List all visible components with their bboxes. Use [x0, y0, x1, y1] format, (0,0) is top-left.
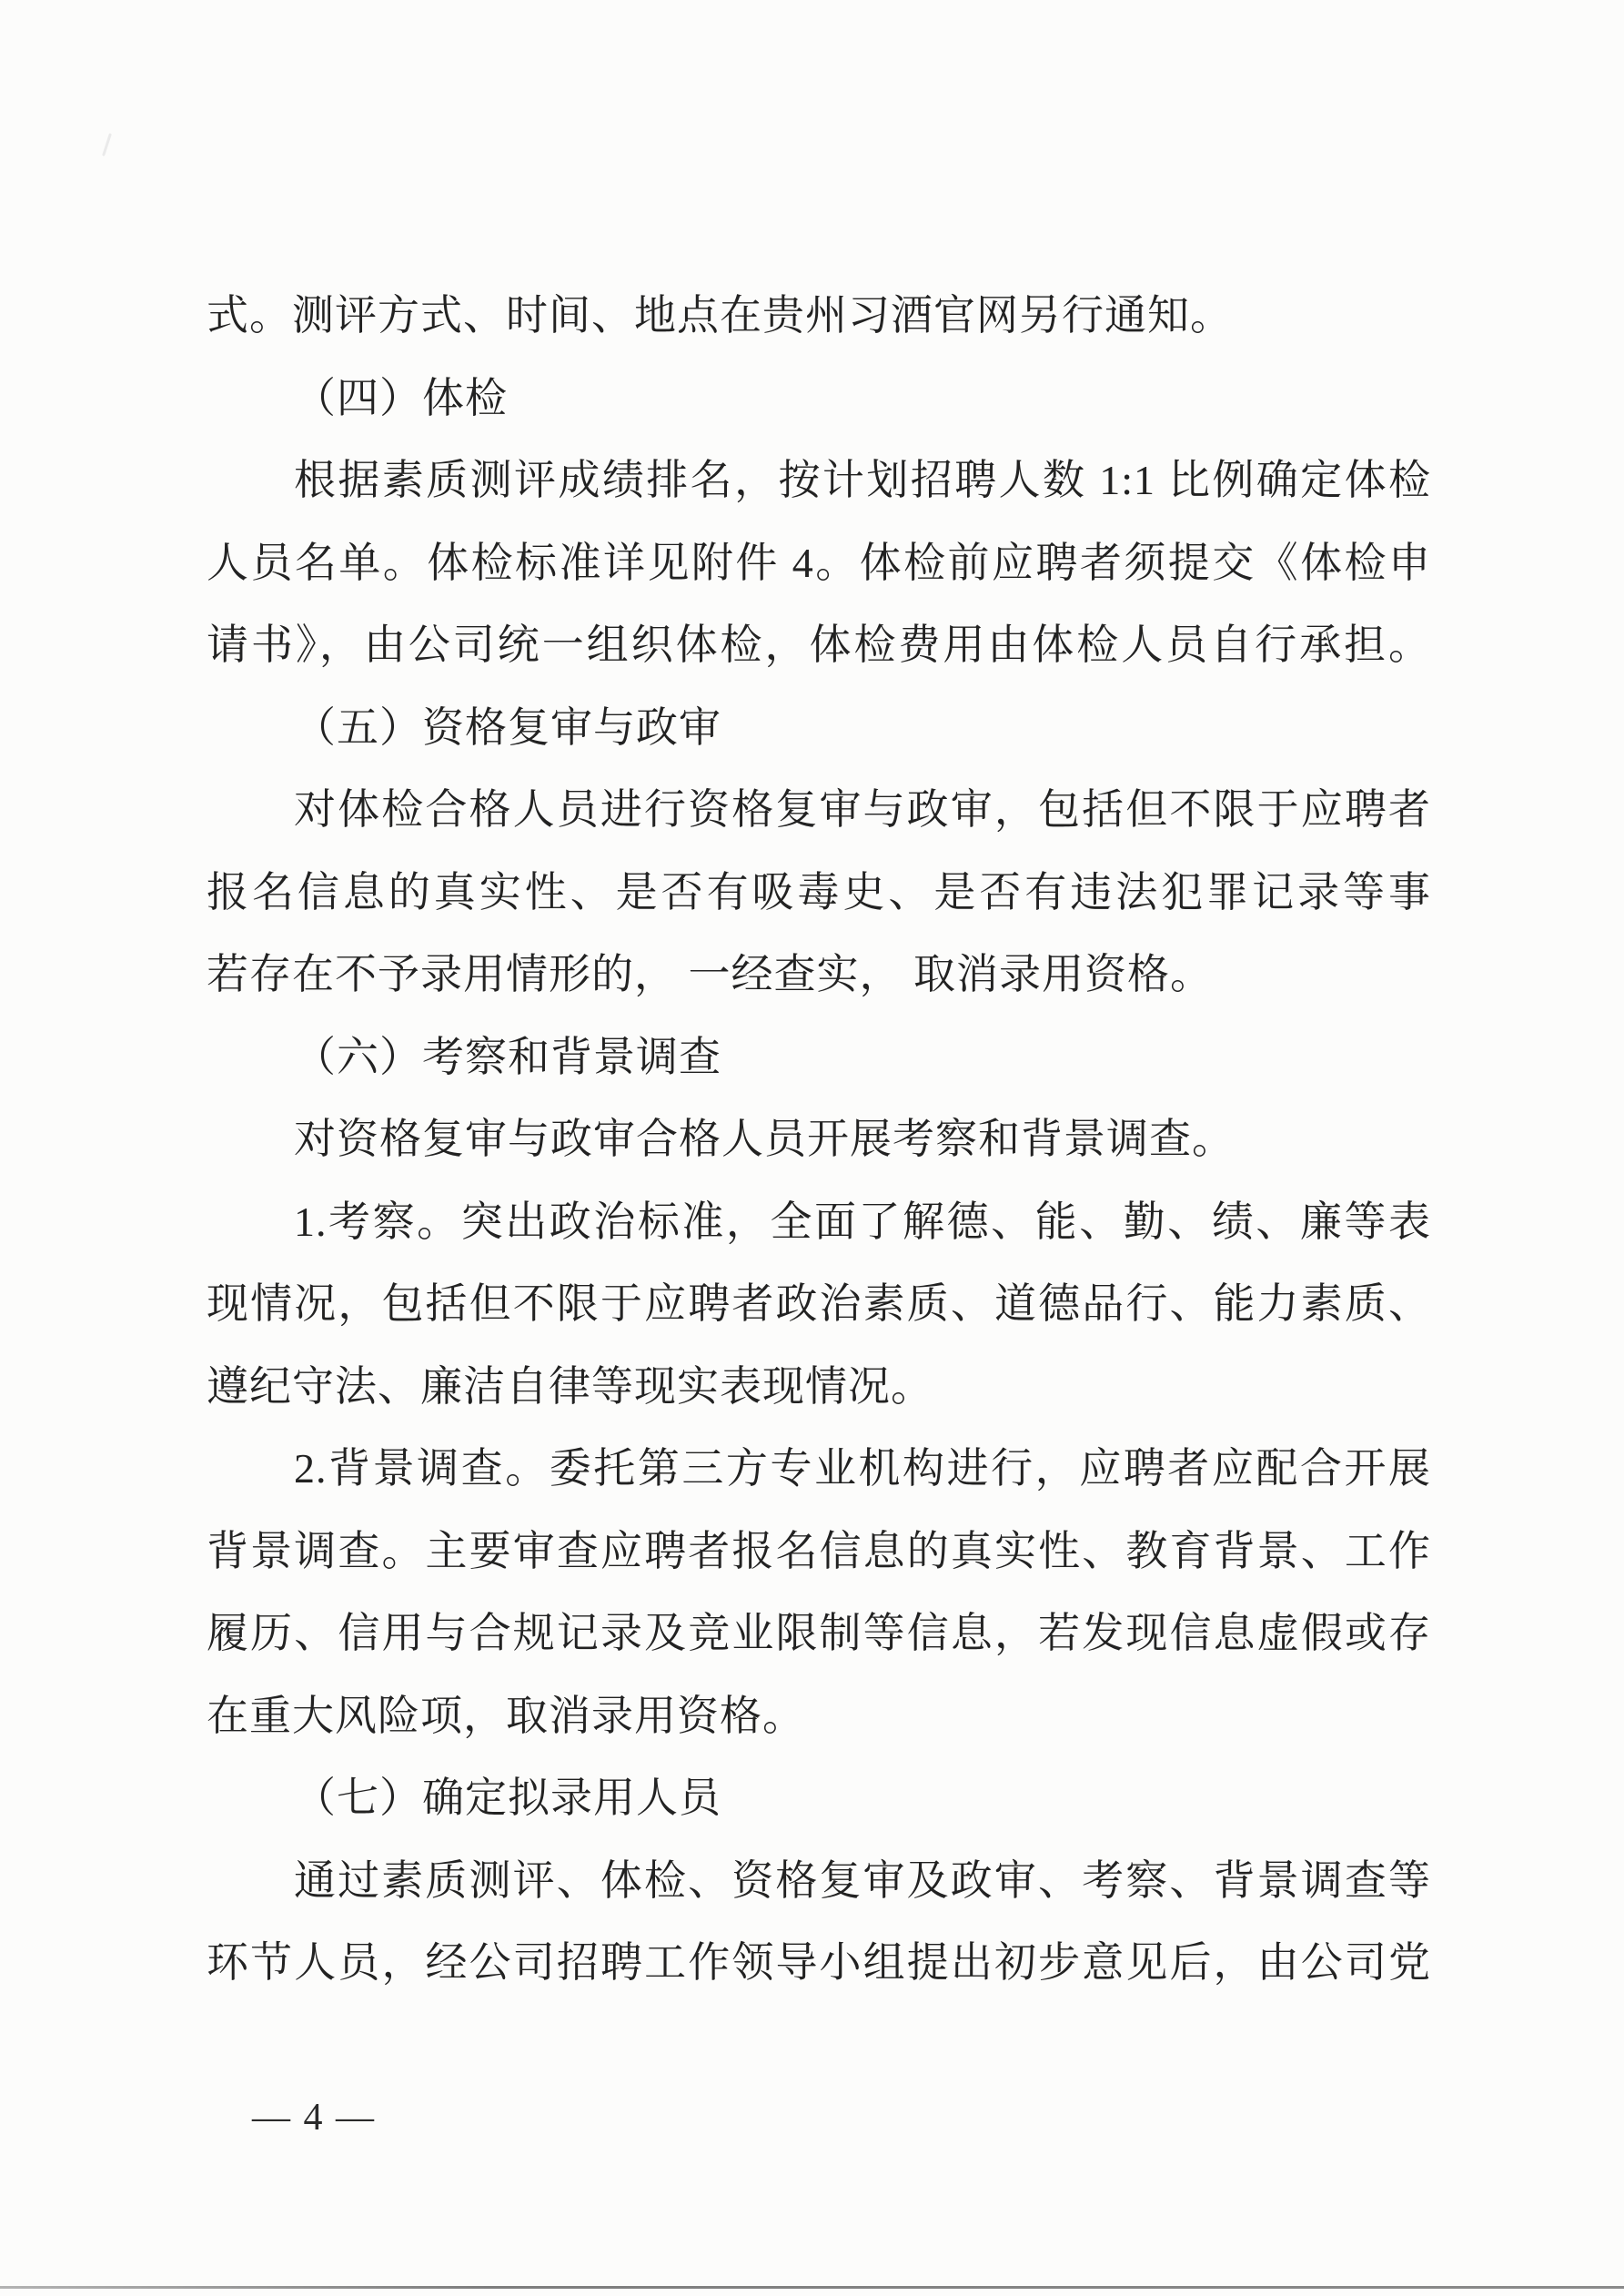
text-line: 遵纪守法、廉洁自律等现实表现情况。	[207, 1346, 1431, 1429]
text-line: 根据素质测评成绩排名，按计划招聘人数 1:1 比例确定体检	[207, 440, 1431, 522]
text-line: 请书》，由公司统一组织体检，体检费用由体检人员自行承担。	[207, 604, 1431, 687]
text-line: 背景调查。主要审查应聘者报名信息的真实性、教育背景、工作	[207, 1511, 1431, 1593]
section-heading: （六）考察和背景调查	[207, 1017, 1431, 1099]
section-heading: （七）确定拟录用人员	[207, 1757, 1431, 1840]
document-page: 式。测评方式、时间、地点在贵州习酒官网另行通知。（四）体检根据素质测评成绩排名，…	[0, 0, 1624, 2296]
text-line: 若存在不予录用情形的， 一经查实， 取消录用资格。	[207, 934, 1431, 1017]
text-line: 履历、信用与合规记录及竞业限制等信息，若发现信息虚假或存	[207, 1593, 1431, 1675]
page-number: — 4 —	[209, 2096, 419, 2139]
text-line: 环节人员，经公司招聘工作领导小组提出初步意见后，由公司党	[207, 1922, 1431, 2005]
document-body: 式。测评方式、时间、地点在贵州习酒官网另行通知。（四）体检根据素质测评成绩排名，…	[207, 275, 1431, 2005]
text-line: 在重大风险项，取消录用资格。	[207, 1675, 1431, 1758]
text-line: 1.考察。突出政治标准，全面了解德、能、勤、绩、廉等表	[207, 1181, 1431, 1264]
section-heading: （五）资格复审与政审	[207, 687, 1431, 770]
text-line: 式。测评方式、时间、地点在贵州习酒官网另行通知。	[207, 275, 1431, 358]
scan-edge-line	[0, 2286, 1624, 2289]
text-line: 报名信息的真实性、是否有吸毒史、是否有违法犯罪记录等事项，	[207, 852, 1431, 935]
scan-smudge	[102, 133, 112, 157]
text-line: 现情况，包括但不限于应聘者政治素质、道德品行、能力素质、	[207, 1263, 1431, 1346]
text-line: 人员名单。体检标准详见附件 4。体检前应聘者须提交《体检申	[207, 522, 1431, 605]
text-line: 对资格复审与政审合格人员开展考察和背景调查。	[207, 1098, 1431, 1181]
text-line: 通过素质测评、体检、资格复审及政审、考察、背景调查等	[207, 1840, 1431, 1923]
section-heading: （四）体检	[207, 358, 1431, 440]
text-line: 2.背景调查。委托第三方专业机构进行，应聘者应配合开展	[207, 1428, 1431, 1511]
text-line: 对体检合格人员进行资格复审与政审，包括但不限于应聘者	[207, 769, 1431, 852]
